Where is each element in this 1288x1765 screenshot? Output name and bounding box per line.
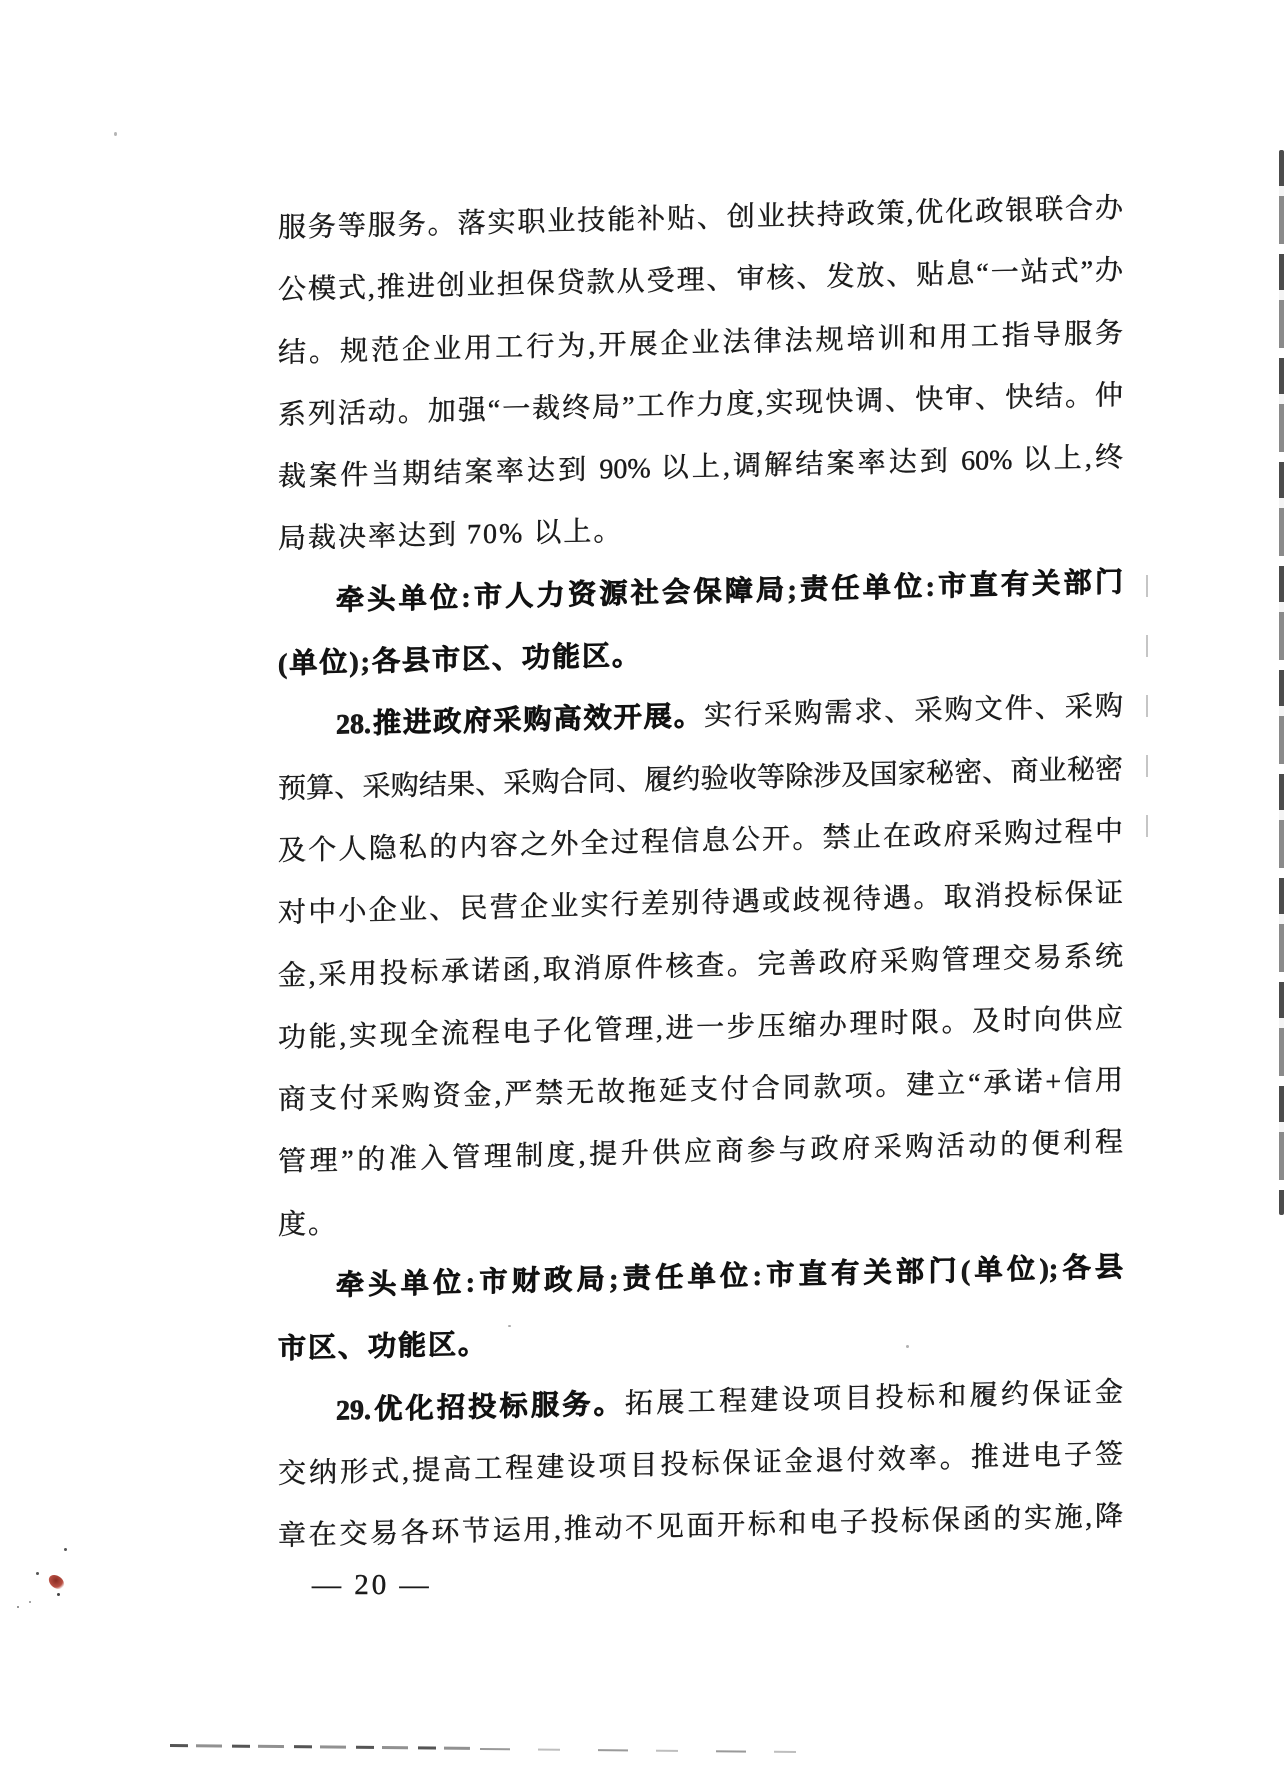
- scan-speck: [36, 1572, 39, 1575]
- scan-edge-artifact: [1279, 150, 1284, 1215]
- scan-speck: [57, 1593, 60, 1596]
- scan-bottom-dashed-line: [170, 1744, 820, 1754]
- red-ink-smudge: [46, 1572, 67, 1592]
- document-text-block: 服务等服务。落实职业技能补贴、创业扶持政策,优化政银联合办公模式,推进创业担保贷…: [278, 178, 1123, 1568]
- paragraph-number-heading: 29.优化招投标服务。: [336, 1388, 625, 1426]
- dashed-segment: [480, 1748, 820, 1753]
- scanned-document-page: 服务等服务。落实职业技能补贴、创业扶持政策,优化政银联合办公模式,推进创业担保贷…: [0, 0, 1288, 1765]
- paragraph-number-heading: 28.推进政府采购高效开展。: [336, 701, 704, 741]
- scan-speck: [958, 890, 961, 892]
- scan-speck: [906, 1345, 909, 1348]
- page-number: — 20 —: [312, 1560, 452, 1610]
- scan-fold-line-artifact: [1146, 575, 1148, 875]
- scan-speck: [29, 1601, 31, 1603]
- scan-speck: [64, 1548, 67, 1551]
- scan-speck: [508, 1325, 511, 1327]
- scan-speck: [17, 1606, 19, 1608]
- dashed-segment: [170, 1744, 470, 1749]
- scan-speck: [114, 132, 117, 136]
